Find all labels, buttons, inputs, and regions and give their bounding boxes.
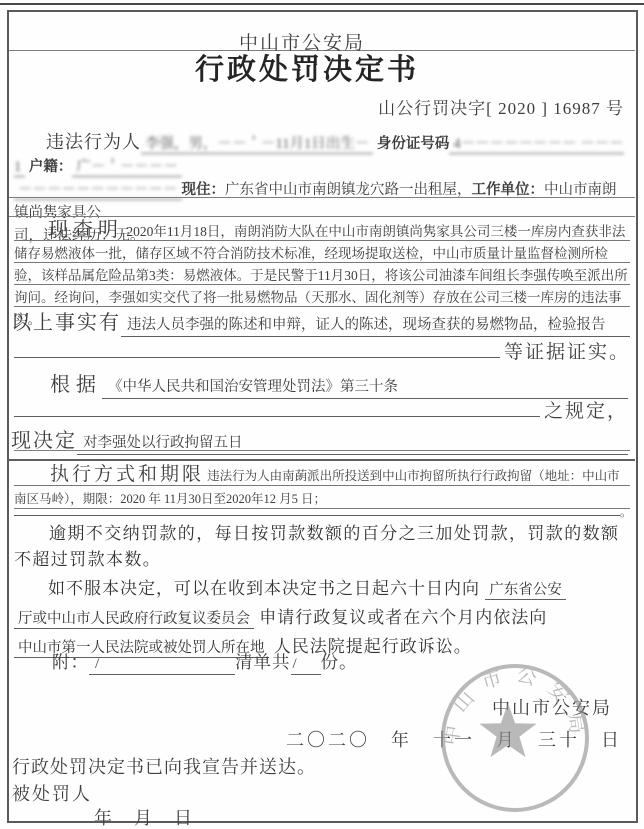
residence-value: 广东省中山市南朗镇龙穴路一出租屋， (225, 182, 472, 198)
divider-2 (9, 216, 635, 217)
page-top-edge (0, 3, 644, 5)
evidence-label: 以上事实有 (11, 306, 121, 335)
execution-end-mark: 。 (620, 503, 632, 520)
residence-label: 现住： (182, 182, 226, 198)
attachment-list-label: 清单共 (235, 652, 291, 672)
evidence-suffix: 等证据证实。 (500, 337, 630, 364)
evidence-row: 以上事实有 违法人员李强的陈述和申辩，证人的陈述，现场查获的易燃物品，检验报告 (11, 306, 630, 337)
registry-redacted: 广－＇－－－－ (72, 159, 182, 177)
decision-label: 现决定 (11, 424, 77, 453)
review-body-part2: 厅或中山市人民政府行政复议委员会 (14, 611, 254, 629)
basis-label: 根据 (50, 368, 102, 397)
appeal-p2: 申请行政复议或者在六个月内依法向 (259, 608, 547, 627)
official-seal: 中山市公安局 (436, 658, 596, 820)
execution-label: 执行方式和期限 (50, 464, 204, 485)
appeal-line1: 如不服本决定，可以在收到本决定书之日起六十日内向 广东省公安 (14, 575, 632, 604)
findings-label: 现查明 (48, 219, 123, 241)
offender-line1: 违法行为人李强，男，－－＇－11月1日出生－ 身份证号码4－－－－－－－－ －－… (14, 131, 630, 179)
review-body-part1: 广东省公安 (485, 582, 566, 600)
attachment-row: 附：/清单共/份。 (52, 649, 358, 675)
delivery-date-blank: 年 月 日 (94, 804, 194, 829)
evidence-text: 违法人员李强的陈述和申辩，证人的陈述，现场查获的易燃物品，检验报告 (121, 313, 630, 337)
attachment-label: 附： (52, 652, 89, 672)
decision-text: 对李强处以行政拘留五日 (77, 431, 628, 455)
id-number-label: 身份证号码 (377, 136, 450, 152)
penalty-decision-document: 中山市公安局 行政处罚决定书 山公行罚决字[ 2020 ] 16987 号 违法… (0, 0, 644, 829)
attachment-unit: 份。 (321, 652, 358, 672)
document-title: 行政处罚决定书 (0, 47, 614, 88)
findings-section: 现查明 2020年11月18日，南朗消防大队在中山市南朗镇尚隽家具公司三楼一库房… (14, 219, 630, 307)
appeal-p1: 如不服本决定，可以在收到本决定书之日起六十日内向 (48, 579, 480, 598)
basis-suffix-row: 之规定， (14, 396, 628, 423)
registry-label: 户籍： (29, 159, 73, 175)
attachment-slash-line: / (89, 656, 235, 675)
execution-end-row: 。 (14, 503, 632, 520)
blank-rule (14, 450, 630, 451)
attachment-count-line: / (291, 656, 321, 675)
star-icon (480, 703, 537, 757)
execution-blank-line (14, 515, 620, 516)
evidence-suffix-row: 等证据证实。 (14, 337, 630, 364)
punished-person-label: 被处罚人 (12, 780, 92, 806)
late-fine-notice: 逾期不交纳罚款的，每日按罚款数额的百分之三加处罚款，罚款的数额不超过罚款本数。 (14, 521, 626, 573)
delivery-statement: 行政处罚决定书已向我宣告并送达。 (12, 753, 316, 779)
offender-label: 违法行为人 (46, 132, 141, 152)
seal-graphic: 中山市公安局 (436, 658, 596, 820)
divider-1 (9, 197, 635, 198)
offender-name-redacted: 李强，男，－－＇－11月1日出生－ (141, 136, 373, 154)
basis-suffix: 之规定， (540, 396, 628, 423)
appeal-line2: 厅或中山市人民政府行政复议委员会 申请行政复议或者在六个月内依法向 (14, 604, 632, 633)
legal-basis-row: 根据 《中华人民共和国治安管理处罚法》第三十条 (50, 368, 628, 399)
evidence-blank-line (14, 357, 500, 358)
section-divider (9, 459, 635, 461)
basis-blank-line (14, 416, 540, 417)
workunit-label: 工作单位： (472, 182, 545, 198)
document-number: 山公行罚决字[ 2020 ] 16987 号 (378, 94, 624, 119)
